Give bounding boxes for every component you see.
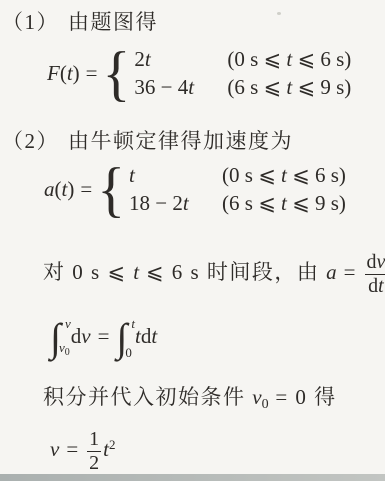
force-case-1: 2t (0 s ⩽ t ⩽ 6 s)	[134, 46, 351, 73]
fraction-numerator: 1	[87, 429, 101, 452]
integrand-dv: dv	[71, 324, 91, 348]
equals-sign: =	[344, 260, 356, 284]
force-case-1-expression: 2t	[134, 46, 227, 73]
acceleration-symbol: a	[326, 260, 337, 284]
interval-statement-line: 对 0 s ⩽ t ⩽ 6 s 时间段，由 a=dvdt得	[43, 249, 385, 295]
step1-number: （1）	[2, 10, 59, 34]
scan-speck	[277, 12, 281, 15]
initial-condition-pre-text: 积分并代入初始条件	[43, 385, 252, 409]
velocity-symbol: v	[50, 437, 59, 461]
right-integral-limits: t0	[125, 318, 135, 358]
lower-limit-0: 0	[125, 346, 135, 359]
step2-text: 由牛顿定律得加速度为	[68, 129, 293, 153]
force-equation-lhs: F(t)=	[47, 61, 98, 86]
left-integral-limits: vv0	[59, 318, 71, 358]
velocity-subscript: 0	[262, 397, 269, 412]
force-case-1-condition: (0 s ⩽ t ⩽ 6 s)	[227, 46, 351, 73]
integrand-tdt: tdt	[135, 324, 157, 348]
equals-sign: =	[98, 324, 110, 348]
interval-pre-text: 对 0 s ⩽	[43, 260, 133, 284]
step1-heading: （1）由题图得	[2, 6, 158, 36]
acceleration-case-2-expression: 18 − 2t	[129, 190, 222, 217]
initial-condition-line: 积分并代入初始条件 v0 = 0 得	[43, 381, 337, 413]
dv-dt-fraction: dvdt	[365, 252, 385, 297]
piecewise-brace: {	[97, 161, 125, 218]
equals-sign: =	[66, 437, 78, 461]
right-integral: ∫t0	[116, 318, 135, 358]
lower-limit-v0: v0	[59, 341, 71, 359]
step2-number: （2）	[2, 129, 59, 153]
solution-document-page: （1）由题图得 F(t)= { 2t (0 s ⩽ t ⩽ 6 s) 36 − …	[0, 0, 385, 481]
fraction-denominator: dt	[368, 275, 384, 297]
integral-equation: ∫vv0dv=∫t0tdt	[50, 315, 157, 357]
acceleration-case-2: 18 − 2t (6 s ⩽ t ⩽ 9 s)	[129, 190, 346, 217]
left-integral: ∫vv0	[50, 318, 71, 358]
acceleration-equation-cases: t (0 s ⩽ t ⩽ 6 s) 18 − 2t (6 s ⩽ t ⩽ 9 s…	[129, 162, 346, 217]
velocity-symbol: v	[252, 385, 261, 409]
interval-mid-text: ⩽ 6 s 时间段，由	[139, 260, 326, 284]
force-case-2-expression: 36 − 4t	[134, 74, 227, 101]
acceleration-case-1-condition: (0 s ⩽ t ⩽ 6 s)	[222, 162, 346, 189]
scan-edge-strip	[0, 474, 385, 481]
step2-heading: （2）由牛顿定律得加速度为	[2, 125, 293, 155]
force-piecewise-equation: F(t)= { 2t (0 s ⩽ t ⩽ 6 s) 36 − 4t (6 s …	[47, 46, 351, 101]
fraction-numerator: dv	[365, 252, 385, 275]
force-equation-cases: 2t (0 s ⩽ t ⩽ 6 s) 36 − 4t (6 s ⩽ t ⩽ 9 …	[134, 46, 351, 101]
force-case-2-condition: (6 s ⩽ t ⩽ 9 s)	[227, 74, 351, 101]
one-half-fraction: 12	[87, 429, 101, 474]
force-case-2: 36 − 4t (6 s ⩽ t ⩽ 9 s)	[134, 74, 351, 101]
acceleration-equation-lhs: a(t)=	[44, 177, 92, 202]
acceleration-case-2-condition: (6 s ⩽ t ⩽ 9 s)	[222, 190, 346, 217]
acceleration-piecewise-equation: a(t)= { t (0 s ⩽ t ⩽ 6 s) 18 − 2t (6 s ⩽…	[44, 162, 346, 217]
time-exponent: 2	[109, 437, 116, 452]
piecewise-brace: {	[103, 45, 131, 102]
velocity-result-equation: v=12t2	[50, 421, 116, 469]
fraction-denominator: 2	[89, 452, 99, 474]
acceleration-case-1: t (0 s ⩽ t ⩽ 6 s)	[129, 162, 346, 189]
step1-text: 由题图得	[68, 10, 158, 34]
initial-condition-post-text: = 0 得	[269, 385, 337, 409]
acceleration-case-1-expression: t	[129, 162, 222, 189]
